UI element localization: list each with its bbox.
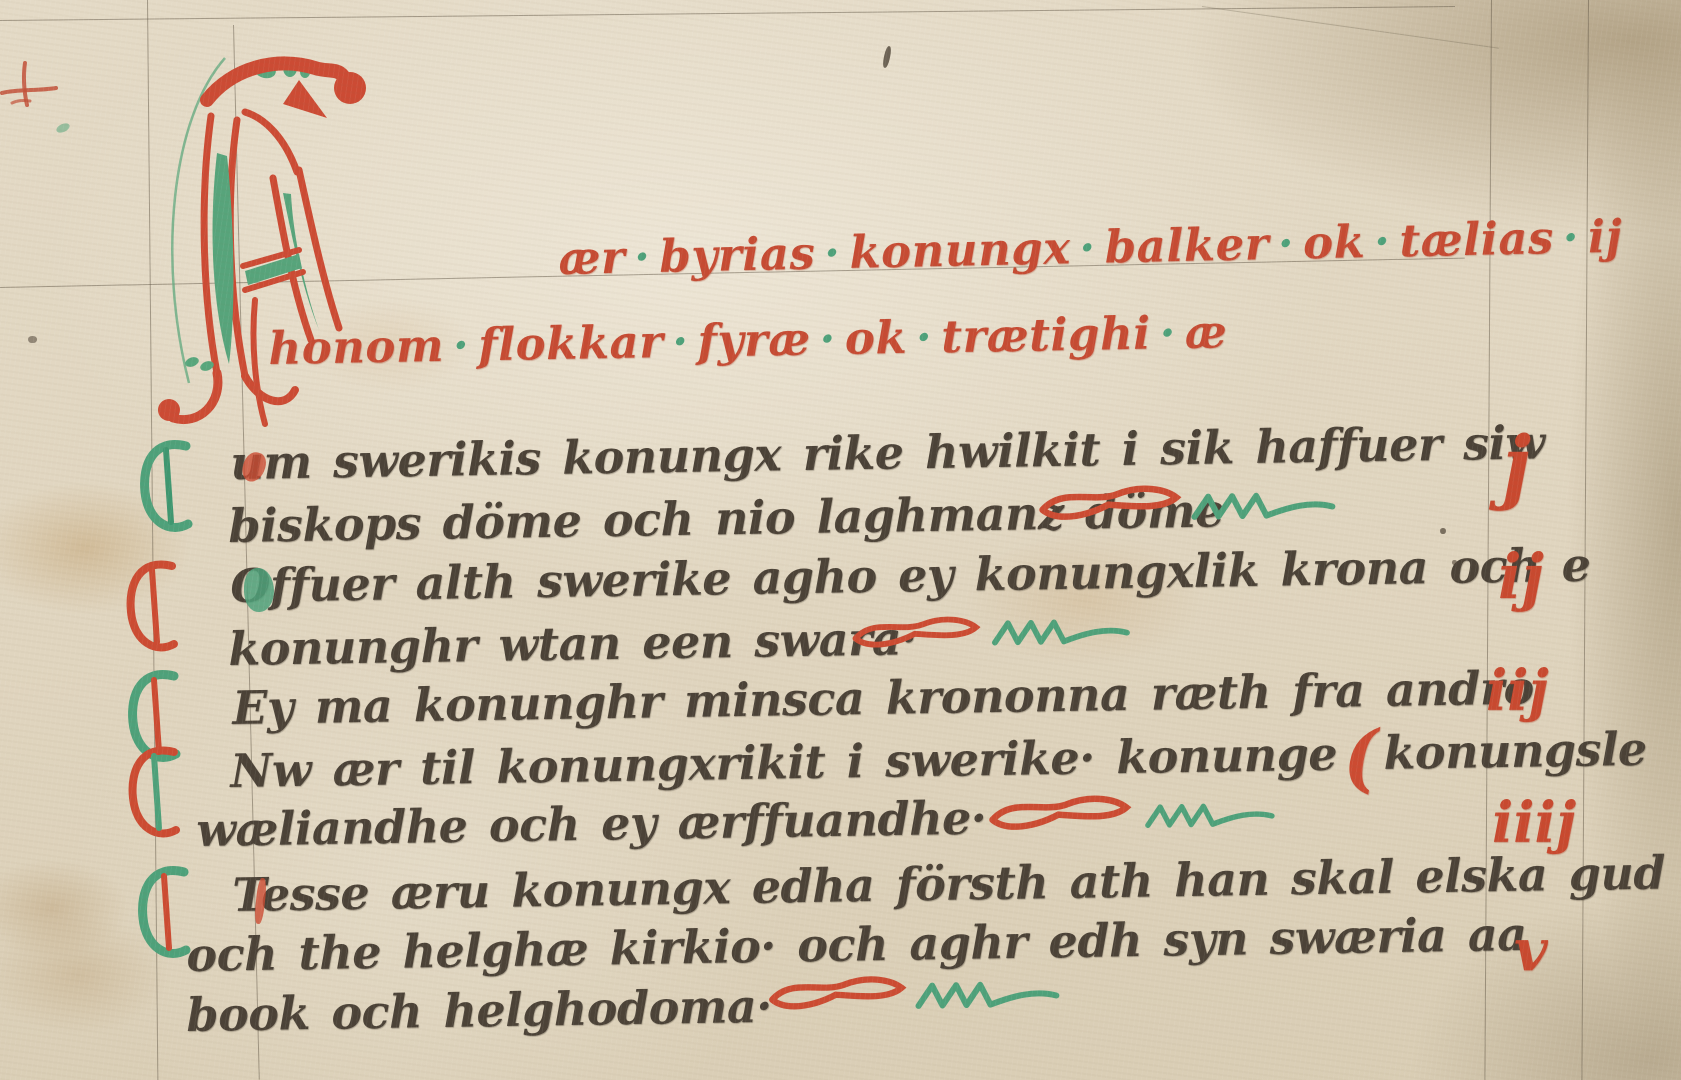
decorated-initial-H [147,38,372,438]
margin-numeral-1: j [1502,418,1531,512]
green-smudge [55,121,71,134]
line-filler-red-1 [1032,477,1183,532]
ruling-top [0,6,1455,21]
paragraph-4-line-2: wæliandhe och ey ærffuandhe· [196,791,987,857]
line-filler-green-1 [1188,484,1339,535]
ruling-top-right-crease [1202,6,1499,49]
pilcrow-paragraph-2 [124,556,178,648]
margin-numeral-5: v [1514,916,1548,984]
line-filler-red-4 [982,787,1133,842]
manuscript-page: ær·byrias·konungx·balker·ok·tælias·ij ho… [0,0,1681,1080]
ink-speck [1452,560,1457,565]
line-filler-green-2 [988,611,1134,660]
line-filler-red-5 [762,967,908,1022]
ink-speck [28,336,37,343]
line-filler-red-2 [846,608,982,660]
margin-numeral-3: iij [1486,658,1549,724]
margin-numeral-4: iiij [1492,790,1576,856]
paragraph-5-line-3: book och helghodoma· [186,979,772,1042]
pilcrow-paragraph-5 [136,862,190,954]
ink-speck [1440,528,1446,534]
line-filler-green-5 [912,973,1063,1024]
paragraph-4-line-1: Nw ær til konungxrikit i swerike· konung… [230,722,1647,798]
pilcrow-paragraph-4 [126,742,180,834]
cross-icon [0,55,60,115]
paragraph-2-line-2: konunghr wtan een swara· [228,611,917,676]
margin-cross-mark [0,55,60,115]
line-filler-green-4 [1142,794,1278,844]
green-fill-paragraph-2-initial [244,568,274,612]
margin-numeral-2: ij [1498,540,1544,613]
rubric-line-1: ær·byrias·konungx·balker·ok·tælias·ij [558,210,1623,285]
paragraph-4-line-1-text: Nw ær til konungxrikit i swerike· konung… [230,727,1337,798]
pilcrow-paragraph-1 [138,436,192,528]
rubric-line-2: honom·flokkar·fyræ·ok·trætighi·æ [268,305,1228,375]
ink-speck [882,46,892,69]
red-parenthesis-mark: ( [1342,715,1378,802]
paragraph-4-line-1-catchword: konungsle [1383,722,1647,780]
paragraph-1-line-1: um swerikis konungx rike hwilkit i sik h… [230,415,1545,490]
